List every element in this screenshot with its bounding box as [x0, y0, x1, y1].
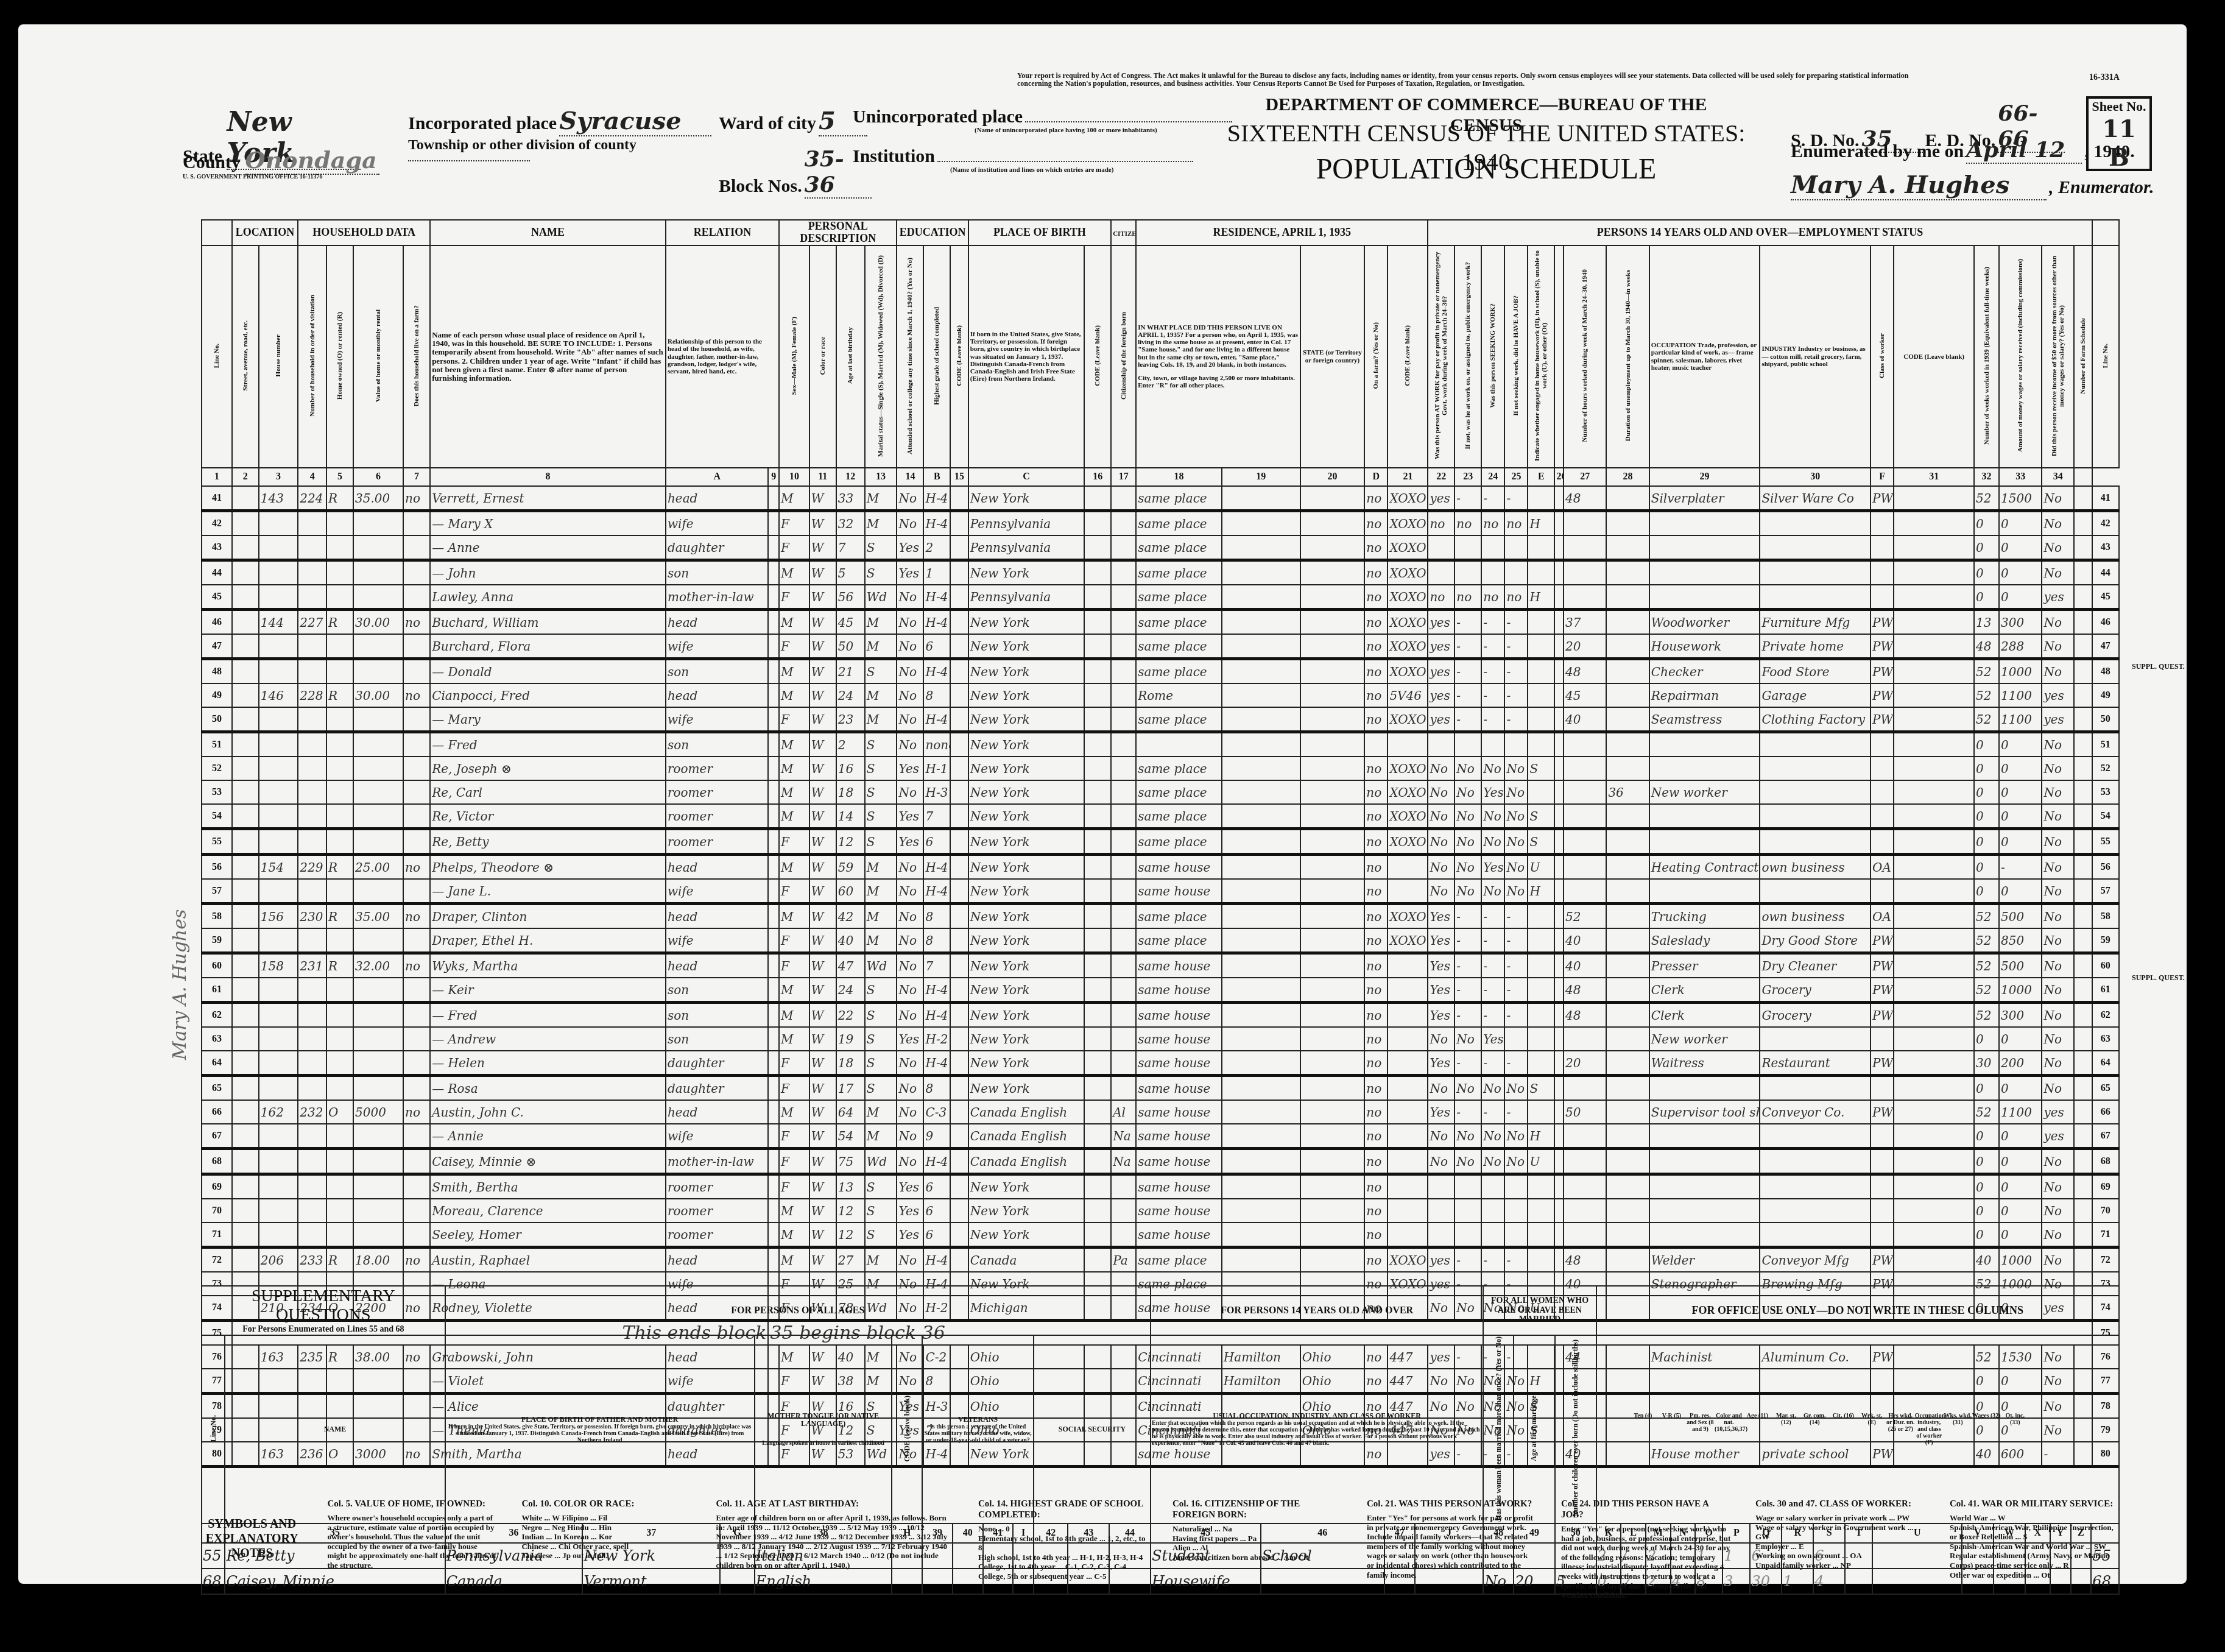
cell-race: W: [809, 683, 836, 707]
office-column-header: Gr. com. (14): [1800, 1413, 1829, 1426]
cell-wage: 500: [1999, 953, 2042, 978]
cell-value: [353, 560, 403, 585]
cell-wks: 0: [1974, 535, 1999, 560]
cell-hh: [298, 879, 326, 904]
cell-res: same house: [1136, 1174, 1222, 1199]
cell-w22: -: [1455, 1248, 1481, 1273]
cell-rel: daughter: [666, 535, 769, 560]
cell-house: [259, 1051, 298, 1076]
cell-rstate: [1300, 707, 1365, 732]
line-number-right: 69: [2092, 1174, 2119, 1199]
cell-e: [1554, 1076, 1564, 1101]
cell-sch: No: [897, 928, 923, 953]
cell-name: Austin, John C.: [430, 1100, 666, 1124]
cell-c: [1084, 560, 1111, 585]
table-row: 64— HelendaughterFW18SNoH-4New Yorksame …: [202, 1051, 2119, 1076]
cell-hh: 224: [298, 486, 326, 511]
cell-sch: Yes: [897, 829, 923, 855]
cell-rstate: [1300, 1149, 1365, 1174]
cell-name: — Fred: [430, 732, 666, 757]
cell-farm: [403, 560, 430, 585]
cell-hh: [298, 780, 326, 804]
cell-e: [1554, 804, 1564, 829]
cell-birth: New York: [968, 1199, 1084, 1223]
cell-d: XOXO: [1388, 535, 1428, 560]
line-number-right: 63: [2092, 1027, 2119, 1051]
cell-w23: -: [1481, 953, 1504, 978]
cell-name: Re, Carl: [430, 780, 666, 804]
line-number-right: 57: [2092, 879, 2119, 904]
cell-w24: -: [1504, 486, 1528, 511]
cell-occ: New worker: [1649, 1027, 1760, 1051]
cell-wage: 1100: [1999, 707, 2042, 732]
cell-d: XOXO: [1388, 486, 1428, 511]
cell-birth: New York: [968, 1027, 1084, 1051]
cell-cit: [1111, 560, 1136, 585]
cell-a: [768, 1124, 779, 1149]
cell-w21: no: [1428, 511, 1455, 536]
supp-hdr-pob-title: PLACE OF BIRTH OF FATHER AND MOTHER: [446, 1416, 753, 1424]
cell-c: [1084, 928, 1111, 953]
column-number: E: [1528, 468, 1554, 486]
cell-w23: [1481, 535, 1504, 560]
cell-sch: No: [897, 855, 923, 880]
unincorporated-note: (Name of unincorporated place having 100…: [975, 127, 1232, 135]
cell-c: [1084, 486, 1111, 511]
supp-hdr-usual: USUAL OCCUPATION, INDUSTRY, AND CLASS OF…: [1151, 1335, 1483, 1523]
cell-rfarm: no: [1364, 829, 1388, 855]
cell-w24: -: [1504, 610, 1528, 635]
cell-hrs: 48: [1564, 1248, 1606, 1273]
cell-c34: [2074, 804, 2092, 829]
cell-sch: Yes: [897, 1199, 923, 1223]
cell-f: [1894, 486, 1974, 511]
cell-w24: [1504, 732, 1528, 757]
cell-w23: no: [1481, 585, 1504, 610]
cell-rstate: [1300, 634, 1365, 659]
cell-b: [950, 1149, 968, 1174]
column-number: [2074, 468, 2092, 486]
cell-house: 206: [259, 1248, 298, 1273]
cell-farm: [403, 732, 430, 757]
cell-w21: yes: [1428, 634, 1455, 659]
cell-occ: [1649, 732, 1760, 757]
cell-house: 156: [259, 904, 298, 929]
table-row: 62— FredsonMW22SNoH-4New Yorksame housen…: [202, 1003, 2119, 1028]
cell-a: [768, 1174, 779, 1199]
cell-hrs: [1564, 1124, 1606, 1149]
cell-d: 5V46: [1388, 683, 1428, 707]
cell-hh: [298, 659, 326, 684]
column-number: 4: [298, 468, 326, 486]
cell-street: [232, 928, 259, 953]
cell-occ: [1649, 1149, 1760, 1174]
line-number-right: 59: [2092, 928, 2119, 953]
cell-w24: [1504, 1223, 1528, 1248]
all-ages-header: FOR PERSONS OF ALL AGES: [445, 1286, 1151, 1335]
cell-e: [1554, 585, 1564, 610]
cell-rcounty: [1222, 855, 1300, 880]
cell-rcounty: [1222, 1248, 1300, 1273]
cell-dur: [1606, 585, 1649, 610]
cell-sch: No: [897, 511, 923, 536]
cell-c34: [2074, 829, 2092, 855]
column-number: 15: [950, 468, 968, 486]
cell-c34: [2074, 978, 2092, 1003]
cell-cit: [1111, 1174, 1136, 1199]
cell-mar: S: [865, 757, 897, 780]
hdr-code-c: CODE (Leave blank): [1084, 245, 1111, 468]
institution-field: Institution (Name of institution and lin…: [853, 146, 1193, 174]
cell-own: [326, 1223, 353, 1248]
supp-hdr-social-security: SOCIAL SECURITY: [1034, 1335, 1151, 1523]
cell-w21: No: [1428, 1027, 1455, 1051]
cell-dur: [1606, 1124, 1649, 1149]
cell-age: 7: [836, 535, 865, 560]
cell-w21: Yes: [1428, 1051, 1455, 1076]
cell-w21: no: [1428, 585, 1455, 610]
cell-wks: 0: [1974, 780, 1999, 804]
cell-birth: New York: [968, 855, 1084, 880]
cell-age: 40: [836, 928, 865, 953]
column-number: 17: [1111, 468, 1136, 486]
cell-own: [326, 1149, 353, 1174]
cell-w23: [1481, 1174, 1504, 1199]
cell-wks: 13: [1974, 610, 1999, 635]
cell-rel: head: [666, 953, 769, 978]
cell-sch: No: [897, 683, 923, 707]
cell-c: [1084, 1076, 1111, 1101]
cell-birth: New York: [968, 953, 1084, 978]
cell-race: W: [809, 1027, 836, 1051]
cell-wage: 200: [1999, 1051, 2042, 1076]
cell-b: [950, 780, 968, 804]
cell-rstate: [1300, 1124, 1365, 1149]
cell-sex: M: [779, 855, 809, 880]
cell-wage: 0: [1999, 1124, 2042, 1149]
line-number-right: 67: [2092, 1124, 2119, 1149]
line-number: 51: [202, 732, 232, 757]
cell-rel: wife: [666, 1124, 769, 1149]
cell-e: [1554, 1100, 1564, 1124]
cell-a: [768, 659, 779, 684]
cell-value: [353, 634, 403, 659]
supp-hdr-usual-title: USUAL OCCUPATION, INDUSTRY, AND CLASS OF…: [1152, 1412, 1482, 1420]
cell-name: Buchard, William: [430, 610, 666, 635]
cell-house: 143: [259, 486, 298, 511]
cell-occ: Checker: [1649, 659, 1760, 684]
cell-own: O: [326, 1100, 353, 1124]
cell-w22: No: [1455, 780, 1481, 804]
cell-oth: No: [2042, 928, 2074, 953]
cell-cit: [1111, 904, 1136, 929]
cell-rcounty: [1222, 829, 1300, 855]
cell-a: [768, 928, 779, 953]
cell-w23: No: [1481, 757, 1504, 780]
note-col10: Col. 10. COLOR OR RACE:White ... W Filip…: [521, 1498, 691, 1596]
enumerator-field: Mary A. Hughes , Enumerator.: [1791, 171, 2154, 200]
cell-house: [259, 1027, 298, 1051]
cell-dur: [1606, 978, 1649, 1003]
cell-cit: [1111, 1003, 1136, 1028]
cell-rcounty: [1222, 585, 1300, 610]
cell-birth: Canada English: [968, 1100, 1084, 1124]
cell-rel: son: [666, 1027, 769, 1051]
cell-c34: [2074, 707, 2092, 732]
cell-res: same house: [1136, 978, 1222, 1003]
cell-own: [326, 535, 353, 560]
cell-age: 18: [836, 1051, 865, 1076]
cell-race: W: [809, 610, 836, 635]
hdr-c26: Number of hours worked during week of Ma…: [1564, 245, 1606, 468]
cell-name: — Jane L.: [430, 879, 666, 904]
cell-rel: son: [666, 1003, 769, 1028]
office-column-header: Ten (4): [1629, 1413, 1657, 1419]
line-number-right: 53: [2092, 780, 2119, 804]
table-row: 58156230R35.00noDraper, ClintonheadMW42M…: [202, 904, 2119, 929]
cell-ind: Clothing Factory: [1760, 707, 1871, 732]
cell-d: XOXO: [1388, 1248, 1428, 1273]
citizenship-group-label: CITIZENSHIP: [1113, 230, 1136, 238]
cell-wage: 1100: [1999, 1100, 2042, 1124]
cell-f: [1894, 1223, 1974, 1248]
cell-sch: No: [897, 707, 923, 732]
cell-grade: 8: [923, 683, 950, 707]
cell-res: same house: [1136, 1223, 1222, 1248]
cell-rfarm: no: [1364, 610, 1388, 635]
cell-hrs: 37: [1564, 610, 1606, 635]
cell-value: [353, 804, 403, 829]
table-row: 50— MarywifeFW23MNoH-4New Yorksame place…: [202, 707, 2119, 732]
cell-rcounty: [1222, 732, 1300, 757]
cell-rfarm: no: [1364, 757, 1388, 780]
cell-cit: [1111, 928, 1136, 953]
cell-ind: Grocery: [1760, 1003, 1871, 1028]
cell-street: [232, 904, 259, 929]
cell-c34: [2074, 1003, 2092, 1028]
cell-grade: 8: [923, 1076, 950, 1101]
cell-w25: [1528, 707, 1554, 732]
hdr-c6: Value of home or monthly rental: [353, 245, 403, 468]
cell-ind: Restaurant: [1760, 1051, 1871, 1076]
hdr-c6-text: Value of home or monthly rental: [375, 309, 382, 402]
cell-cls: [1871, 1174, 1894, 1199]
cell-cls: OA: [1871, 855, 1894, 880]
cell-w23: no: [1481, 511, 1504, 536]
cell-farm: no: [403, 953, 430, 978]
cell-d: [1388, 1199, 1428, 1223]
cell-farm: [403, 928, 430, 953]
cell-cls: [1871, 1223, 1894, 1248]
cell-rcounty: [1222, 904, 1300, 929]
cell-birth: New York: [968, 928, 1084, 953]
cell-a: [768, 610, 779, 635]
cell-w21: Yes: [1428, 1003, 1455, 1028]
cell-hrs: [1564, 780, 1606, 804]
column-number: 22: [1428, 468, 1455, 486]
cell-grade: 1: [923, 560, 950, 585]
cell-dur: [1606, 1051, 1649, 1076]
cell-grade: 6: [923, 1174, 950, 1199]
table-row: 42— Mary XwifeFW32MNoH-4Pennsylvaniasame…: [202, 511, 2119, 536]
cell-mar: S: [865, 659, 897, 684]
cell-own: R: [326, 855, 353, 880]
cell-sex: F: [779, 1051, 809, 1076]
cell-w25: [1528, 486, 1554, 511]
cell-ind: Grocery: [1760, 978, 1871, 1003]
cell-farm: [403, 511, 430, 536]
line-number: 48: [202, 659, 232, 684]
cell-age: 33: [836, 486, 865, 511]
cell-rel: wife: [666, 634, 769, 659]
cell-name: Phelps, Theodore ⊗: [430, 855, 666, 880]
cell-wks: 0: [1974, 1149, 1999, 1174]
line-number: 62: [202, 1003, 232, 1028]
cell-own: R: [326, 486, 353, 511]
cell-sex: M: [779, 1003, 809, 1028]
cell-hrs: [1564, 511, 1606, 536]
cell-sex: F: [779, 1174, 809, 1199]
block-field: Block Nos. 35-36: [719, 146, 872, 199]
cell-f: [1894, 904, 1974, 929]
cell-rel: roomer: [666, 1199, 769, 1223]
cell-b: [950, 634, 968, 659]
cell-w22: No: [1455, 879, 1481, 904]
cell-wks: 52: [1974, 486, 1999, 511]
cell-f: [1894, 928, 1974, 953]
cell-grade: H-4: [923, 585, 950, 610]
cell-w21: yes: [1428, 707, 1455, 732]
note-col14-title: Col. 14. HIGHEST GRADE OF SCHOOL COMPLET…: [978, 1498, 1148, 1520]
cell-wks: 0: [1974, 1027, 1999, 1051]
cell-rel: roomer: [666, 829, 769, 855]
cell-hh: 230: [298, 904, 326, 929]
cell-age: 5: [836, 560, 865, 585]
cell-street: [232, 780, 259, 804]
cell-hrs: 50: [1564, 1100, 1606, 1124]
hdr-line-right-text: Line No.: [2102, 344, 2109, 368]
cell-birth: New York: [968, 610, 1084, 635]
cell-f: [1894, 1124, 1974, 1149]
hdr-c26-text: Number of hours worked during week of Ma…: [1581, 269, 1589, 442]
cell-hrs: [1564, 1076, 1606, 1101]
cell-sch: No: [897, 732, 923, 757]
cell-mar: S: [865, 1174, 897, 1199]
table-row: 69Smith, BertharoomerFW13SYes6New Yorksa…: [202, 1174, 2119, 1199]
cell-rel: head: [666, 855, 769, 880]
cell-sex: F: [779, 634, 809, 659]
cell-sch: No: [897, 634, 923, 659]
cell-a: [768, 486, 779, 511]
unincorporated-label: Unincorporated place: [853, 107, 1023, 127]
cell-ind: [1760, 879, 1871, 904]
cell-house: [259, 1174, 298, 1199]
cell-a: [768, 535, 779, 560]
cell-b: [950, 953, 968, 978]
cell-c: [1084, 1003, 1111, 1028]
cell-own: [326, 732, 353, 757]
cell-ind: Conveyor Co.: [1760, 1100, 1871, 1124]
cell-hh: 232: [298, 1100, 326, 1124]
line-number: 69: [202, 1174, 232, 1199]
hdr-c24: If not seeking work, did he HAVE A JOB?: [1504, 245, 1528, 468]
cell-oth: No: [2042, 1248, 2074, 1273]
cell-rel: daughter: [666, 1051, 769, 1076]
cell-hh: [298, 707, 326, 732]
line-number: 50: [202, 707, 232, 732]
personal-group-header: PERSONAL DESCRIPTION: [779, 220, 897, 245]
cell-dur: [1606, 683, 1649, 707]
cell-occ: Seamstress: [1649, 707, 1760, 732]
cell-value: [353, 780, 403, 804]
cell-cit: [1111, 634, 1136, 659]
supp-hdr-c50: Number of children ever born (Do not inc…: [1555, 1335, 1596, 1523]
cell-c: [1084, 1149, 1111, 1174]
ward-label: Ward of city: [719, 113, 816, 133]
cell-occ: Silverplater: [1649, 486, 1760, 511]
hdr-c23: Was this person SEEKING WORK?: [1481, 245, 1504, 468]
cell-rcounty: [1222, 1124, 1300, 1149]
cell-rel: mother-in-law: [666, 585, 769, 610]
cell-ind: [1760, 1223, 1871, 1248]
line-number: 59: [202, 928, 232, 953]
cell-f: [1894, 978, 1974, 1003]
location-group-header: LOCATION: [232, 220, 298, 245]
cell-hrs: [1564, 1149, 1606, 1174]
cell-race: W: [809, 1051, 836, 1076]
cell-street: [232, 1100, 259, 1124]
cell-ind: Conveyor Mfg: [1760, 1248, 1871, 1273]
cell-ind: [1760, 1174, 1871, 1199]
married-women-header: FOR ALL WOMEN WHO ARE OR HAVE BEEN MARRI…: [1483, 1286, 1596, 1335]
cell-oth: No: [2042, 804, 2074, 829]
cell-a: [768, 904, 779, 929]
line-number-right: 49: [2092, 683, 2119, 707]
supp-hdr-pob-note: If born in the United States, give State…: [446, 1424, 753, 1444]
supp-hdr-c49-text: Age at first marriage: [1530, 1396, 1538, 1461]
cell-cls: OA: [1871, 904, 1894, 929]
employment-group-header: PERSONS 14 YEARS OLD AND OVER—EMPLOYMENT…: [1428, 220, 2092, 245]
cell-c: [1084, 1027, 1111, 1051]
hdr-c22: If not, was he at work on, or assigned t…: [1455, 245, 1481, 468]
column-number: 13: [865, 468, 897, 486]
table-row: 59Draper, Ethel H.wifeFW40MNo8New Yorksa…: [202, 928, 2119, 953]
cell-wks: 52: [1974, 928, 1999, 953]
table-row: 66162232O5000noAustin, John C.headMW64MN…: [202, 1100, 2119, 1124]
cell-sch: No: [897, 904, 923, 929]
supplementary-marker-55: SUPPL. QUEST.: [2132, 662, 2185, 671]
cell-w21: yes: [1428, 610, 1455, 635]
column-number: 33: [1999, 468, 2042, 486]
note-col11-title: Col. 11. AGE AT LAST BIRTHDAY:: [716, 1498, 954, 1509]
cell-value: 5000: [353, 1100, 403, 1124]
cell-value: [353, 1124, 403, 1149]
cell-res: same place: [1136, 535, 1222, 560]
cell-w25: [1528, 683, 1554, 707]
cell-w22: No: [1455, 1076, 1481, 1101]
confidentiality-notice: Your report is required by Act of Congre…: [1017, 72, 1919, 88]
cell-wage: 0: [1999, 829, 2042, 855]
cell-a: [768, 757, 779, 780]
cell-birth: Canada English: [968, 1124, 1084, 1149]
cell-e: [1554, 1027, 1564, 1051]
county-label: County: [183, 152, 241, 172]
cell-sch: Yes: [897, 560, 923, 585]
cell-rfarm: no: [1364, 1100, 1388, 1124]
cell-f: [1894, 1003, 1974, 1028]
cell-res: same house: [1136, 1100, 1222, 1124]
table-row: 45Lawley, Annamother-in-lawFW56WdNoH-4Pe…: [202, 585, 2119, 610]
